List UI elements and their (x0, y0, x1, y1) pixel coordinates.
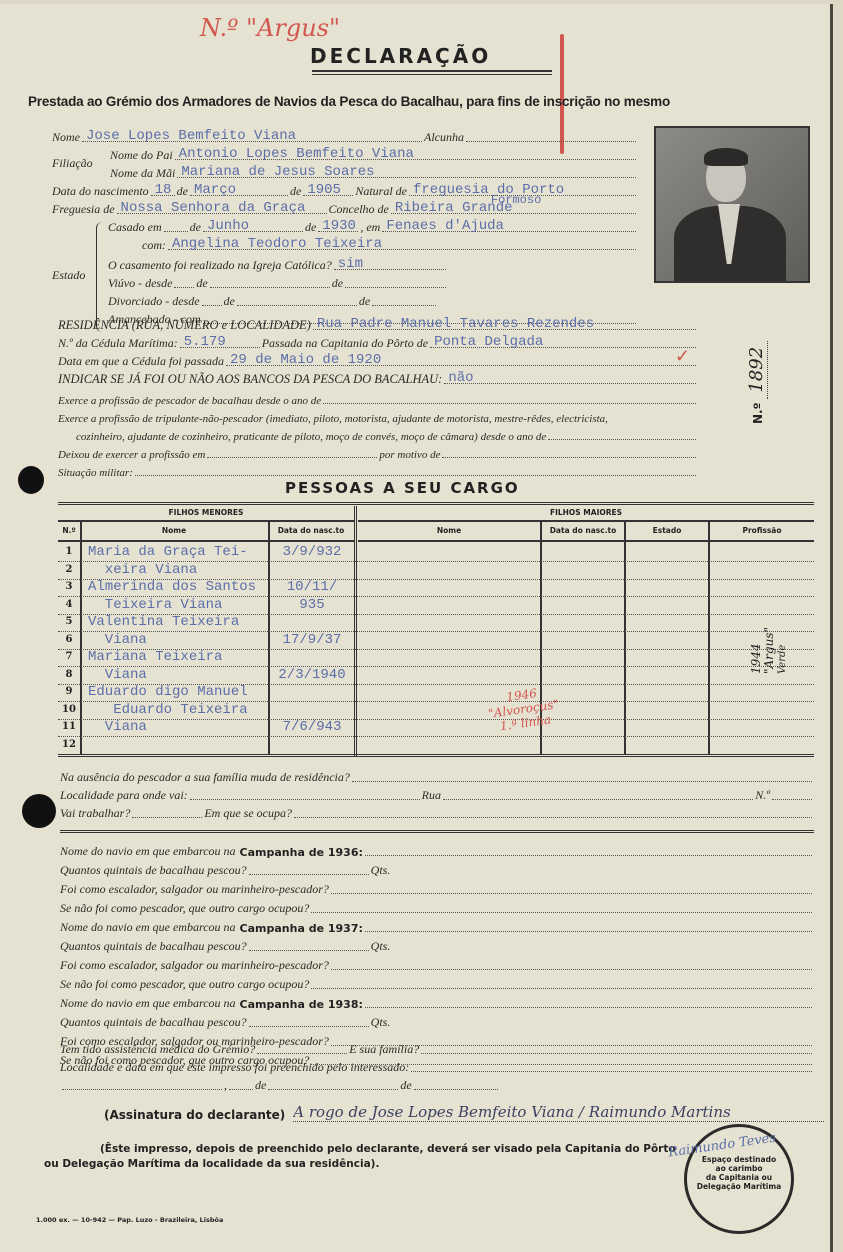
table-row: 3Almerinda dos Santos10/11/ (58, 579, 814, 597)
militar-field[interactable] (135, 474, 696, 476)
mae-value: Mariana de Jesus Soares (181, 164, 374, 180)
conjuge-field[interactable]: Angelina Teodoro Teixeira (168, 248, 636, 250)
quintais-field[interactable] (249, 949, 369, 951)
registo-numero: N.º 1892 (746, 341, 767, 424)
photo-hair (704, 148, 748, 166)
menores-rule (58, 520, 354, 522)
numero-label: N.º (755, 788, 770, 803)
pai-value: Antonio Lopes Bemfeito Viana (179, 146, 414, 162)
de-label: de (224, 294, 235, 309)
menores-title: FILHOS MENORES (58, 508, 354, 517)
trabalhar-field[interactable] (132, 816, 202, 818)
nome-label: Nome (52, 130, 80, 145)
em-label: , em (360, 220, 380, 235)
natural-value: freguesia do Porto (413, 182, 564, 198)
ocupa-label: Em que se ocupa? (204, 806, 292, 821)
de-label: de (305, 220, 316, 235)
dia-field[interactable] (229, 1088, 253, 1090)
row-number: 7 (58, 651, 80, 662)
punch-hole (18, 466, 44, 494)
cedula-numero-value: 5.179 (184, 334, 226, 350)
personal-section: Nome Jose Lopes Bemfeito Viana Alcunha F… (52, 128, 638, 328)
printer-imprint: 1.000 ex. — 10-942 — Pap. Luzo - Brazile… (36, 1216, 223, 1224)
cedula-numero-label: N.º da Cédula Marítima: (58, 336, 178, 351)
table-top-rule (58, 502, 814, 505)
child-name[interactable]: Eduardo digo Manuel (88, 684, 248, 700)
row-number: 4 (58, 599, 80, 610)
estado-label: Estado (52, 268, 85, 283)
casado-ano-value: 1930 (322, 218, 356, 234)
residencia-value: Rua Padre Manuel Tavares Rezendes (317, 316, 594, 332)
row-number: 10 (58, 704, 80, 715)
table-bottom-rule (58, 754, 814, 757)
row-number: 1 (58, 546, 80, 557)
ocupa-field[interactable] (294, 816, 812, 818)
de-label: de (332, 276, 343, 291)
deixou-field[interactable] (207, 456, 377, 458)
table-row: 2 xeira Viana (58, 562, 814, 580)
pessoas-table: FILHOS MENORES FILHOS MAIORES N.ºNomeDat… (58, 502, 814, 758)
child-name[interactable]: Mariana Teixeira (88, 649, 222, 665)
maiores-title: FILHOS MAIORES (358, 508, 814, 517)
table-row: 1Maria da Graça Tei-3/9/932 (58, 544, 814, 562)
cedula-data-field[interactable]: 29 de Maio de 1920✓ (226, 364, 696, 366)
divorciado-ano-field[interactable] (372, 304, 436, 306)
maiores-header-rule (358, 540, 814, 542)
cedula-numero-field[interactable]: 5.179 (180, 346, 260, 348)
nascimento-ano-field[interactable]: 1905 (303, 194, 353, 196)
escalador-field[interactable] (331, 968, 812, 970)
trabalhar-label: Vai trabalhar? (60, 806, 130, 821)
child-birthdate[interactable]: 2/3/1940 (272, 667, 352, 683)
handwritten-note: N.º "Argus" (200, 14, 340, 42)
freguesia-field[interactable]: Nossa Senhora da Graça (117, 212, 327, 214)
ausencia-rule (60, 830, 814, 833)
maiores-header-nome: Nome (358, 526, 540, 535)
natural-cont-value: Formoso (491, 193, 541, 207)
child-name[interactable]: Viana (88, 632, 147, 648)
viuvo-ano-field[interactable] (345, 286, 446, 288)
child-name[interactable]: Viana (88, 719, 147, 735)
motivo-label: por motivo de (379, 449, 440, 461)
table-row: 10 Eduardo Teixeira (58, 702, 814, 720)
registo-value: 1892 (746, 341, 768, 399)
assistencia-label: Tem tido assistência médica do Grémio? (60, 1042, 255, 1057)
igreja-value: sim (338, 256, 363, 272)
localidade-label: Localidade para onde vai: (60, 788, 188, 803)
capitania-value: Ponta Delgada (434, 334, 543, 350)
cargo-label: Se não foi como pescador, que outro carg… (60, 977, 309, 992)
nascimento-mes-value: Março (194, 182, 236, 198)
campanha-label: Campanha de 1936: (240, 846, 363, 859)
mes-field[interactable] (268, 1088, 398, 1090)
nascimento-ano-value: 1905 (307, 182, 341, 198)
nascimento-label: Data do nascimento (52, 184, 149, 199)
localidade-field[interactable] (190, 798, 420, 800)
navio-field[interactable] (365, 1006, 812, 1008)
cargo-field[interactable] (311, 987, 812, 989)
pai-field[interactable]: Antonio Lopes Bemfeito Viana (175, 158, 636, 160)
navio-label: Nome do navio em que embarcou na (60, 996, 236, 1011)
rua-label: Rua (422, 788, 441, 803)
child-name[interactable]: Almerinda dos Santos (88, 579, 256, 595)
pescador-field[interactable] (323, 402, 696, 404)
navio-label: Nome do navio em que embarcou na (60, 844, 236, 859)
residencia-field[interactable]: Rua Padre Manuel Tavares Rezendes (313, 328, 696, 330)
menores-header-rule (58, 540, 354, 542)
casado-label: Casado em (108, 220, 162, 235)
freguesia-value: Nossa Senhora da Graça (121, 200, 306, 216)
escalador-field[interactable] (331, 892, 812, 894)
numero-field[interactable] (772, 798, 812, 800)
assinatura-label: (Assinatura do declarante) (104, 1108, 285, 1122)
local-field[interactable] (62, 1088, 222, 1090)
quintais-field[interactable] (249, 873, 369, 875)
table-row: 5Valentina Teixeira (58, 614, 814, 632)
viuvo-dia-field[interactable] (174, 286, 194, 288)
cargo-field[interactable] (311, 911, 812, 913)
stamp-line: Espaço destinado (687, 1155, 791, 1164)
mae-label: Nome da Mãi (110, 166, 175, 181)
assistencia-field[interactable] (257, 1052, 347, 1054)
de-label: de (255, 1078, 266, 1093)
tripulante-field[interactable] (548, 438, 696, 440)
igreja-field[interactable]: sim (334, 268, 446, 270)
divorciado-label: Divorciado - desde (108, 294, 200, 309)
assinatura-field[interactable]: A rogo de Jose Lopes Bemfeito Viana / Ra… (293, 1103, 824, 1122)
capitania-field[interactable]: Ponta Delgada (430, 346, 696, 348)
child-birthdate[interactable]: 17/9/37 (272, 632, 352, 648)
muda-field[interactable] (352, 780, 812, 782)
qts-label: Qts. (371, 1015, 391, 1030)
nome-value: Jose Lopes Bemfeito Viana (86, 128, 296, 144)
child-name[interactable]: Maria da Graça Tei- (88, 544, 248, 560)
child-birthdate[interactable]: 7/6/943 (272, 719, 352, 735)
casado-local-value: Fenaes d'Ajuda (386, 218, 504, 234)
cedula-data-value: 29 de Maio de 1920 (230, 352, 381, 368)
table-row: 11 Viana7/6/943 (58, 719, 814, 737)
child-birthdate[interactable]: 935 (272, 597, 352, 613)
table-row: 12 (58, 737, 814, 755)
de-label: de (359, 294, 370, 309)
familia-label: E sua família? (349, 1042, 419, 1057)
stamp-line: da Capitania ou (687, 1173, 791, 1182)
maiores-header-data: Data do nasc.to (542, 526, 624, 535)
annotation-ship: "Argus" (763, 627, 776, 674)
igreja-label: O casamento foi realizado na Igreja Cató… (108, 258, 332, 273)
de-label: de (290, 184, 301, 199)
de-label: de (177, 184, 188, 199)
capitania-label: Passada na Capitania do Pôrto de (262, 336, 428, 351)
pessoas-title: PESSOAS A SEU CARGO (285, 479, 520, 497)
maiores-rule (358, 520, 814, 522)
red-check-icon: ✓ (675, 346, 690, 367)
de-label: de (196, 276, 207, 291)
casado-mes-value: Junho (207, 218, 249, 234)
quintais-label: Quantos quintais de bacalhau pescou? (60, 939, 247, 954)
de-label: de (400, 1078, 411, 1093)
ano-field[interactable] (414, 1088, 498, 1090)
mae-field[interactable]: Mariana de Jesus Soares (177, 176, 636, 178)
cedula-data-label: Data em que a Cédula foi passada (58, 354, 224, 369)
black-annotation: 1944 "Argus" Verde (750, 627, 789, 674)
alcunha-label: Alcunha (424, 130, 464, 145)
qts-label: Qts. (371, 939, 391, 954)
natural-label: Natural de (355, 184, 407, 199)
table-row: 6 Viana17/9/37 (58, 632, 814, 650)
com-label: com: (142, 238, 166, 253)
navio-field[interactable] (365, 930, 812, 932)
table-row: 9Eduardo digo Manuel (58, 684, 814, 702)
navio-field[interactable] (365, 854, 812, 856)
footer-note: (Êste impresso, depois de preenchido pel… (44, 1142, 684, 1172)
nascimento-dia-field[interactable]: 18 (151, 194, 175, 196)
child-name[interactable]: Valentina Teixeira (88, 614, 239, 630)
table-row: 7Mariana Teixeira (58, 649, 814, 667)
deixou-label: Deixou de exercer a profissão em (58, 449, 205, 461)
punch-hole (22, 794, 56, 828)
applicant-photo (654, 126, 810, 283)
child-name[interactable]: xeira Viana (88, 562, 197, 578)
row-number: 2 (58, 564, 80, 575)
bancos-value: não (448, 370, 473, 386)
pescador-label: Exerce a profissão de pescador de bacalh… (58, 395, 321, 407)
menores-header-data: Data do nasc.to (268, 526, 354, 535)
table-row: 8 Viana2/3/1940 (58, 667, 814, 685)
nascimento-dia-value: 18 (155, 182, 172, 198)
localidade-data-label: Localidade e data em que êste impresso f… (60, 1060, 409, 1075)
table-header-row: N.ºNomeData do nasc.toNomeData do nasc.t… (58, 524, 814, 538)
quintais-label: Quantos quintais de bacalhau pescou? (60, 863, 247, 878)
child-birthdate[interactable]: 10/11/ (272, 579, 352, 595)
bancos-label: INDICAR SE JÁ FOI OU NÃO AOS BANCOS DA P… (58, 372, 442, 387)
nascimento-mes-field[interactable]: Março (190, 194, 288, 196)
subtitle: Prestada ao Grémio dos Armadores de Navi… (28, 94, 670, 109)
row-number: 8 (58, 669, 80, 680)
concelho-label: Concelho de (329, 202, 389, 217)
campanha-label: Campanha de 1937: (240, 922, 363, 935)
row-number: 11 (58, 721, 80, 732)
declaration-form: N.º "Argus" DECLARAÇÃO Prestada ao Grémi… (0, 4, 833, 1252)
cargo-label: Se não foi como pescador, que outro carg… (60, 901, 309, 916)
navio-label: Nome do navio em que embarcou na (60, 920, 236, 935)
qts-label: Qts. (371, 863, 391, 878)
divorciado-mes-field[interactable] (237, 304, 357, 306)
de-label: de (190, 220, 201, 235)
escalador-label: Foi como escalador, salgador ou marinhei… (60, 882, 329, 897)
row-number: 3 (58, 581, 80, 592)
nome-field[interactable]: Jose Lopes Bemfeito Viana (82, 140, 422, 142)
familia-field[interactable] (421, 1052, 812, 1054)
pai-label: Nome do Pai (110, 148, 173, 163)
muda-label: Na ausência do pescador a sua família mu… (60, 770, 350, 785)
signature-row: (Assinatura do declarante) A rogo de Jos… (104, 1098, 824, 1122)
campanha-label: Campanha de 1938: (240, 998, 363, 1011)
casado-mes-field[interactable]: Junho (203, 230, 303, 232)
viuvo-label: Viúvo - desde (108, 276, 172, 291)
title-underline (312, 70, 552, 75)
tripulante-label-1: Exerce a profissão de tripulante-não-pes… (58, 413, 608, 425)
menores-header-nome: Nome (80, 526, 268, 535)
stamp-line: Delegação Marítima (687, 1182, 791, 1191)
row-number: 5 (58, 616, 80, 627)
quintais-field[interactable] (249, 1025, 369, 1027)
divorciado-dia-field[interactable] (202, 304, 222, 306)
bancos-field[interactable]: não (444, 382, 696, 384)
row-number: 6 (58, 634, 80, 645)
quintais-label: Quantos quintais de bacalhau pescou? (60, 1015, 247, 1030)
page-title: DECLARAÇÃO (310, 44, 491, 68)
casado-ano-field[interactable]: 1930 (318, 230, 358, 232)
tripulante-label-2: cozinheiro, ajudante de cozinheiro, prat… (76, 431, 546, 443)
alcunha-field[interactable] (466, 140, 636, 142)
child-name[interactable]: Teixeira Viana (88, 597, 222, 613)
casado-local-field[interactable]: Fenaes d'Ajuda (382, 230, 636, 232)
table-row: 4 Teixeira Viana935 (58, 597, 814, 615)
concelho-field[interactable]: Ribeira GrandeFormoso (391, 212, 636, 214)
registo-label: N.º (751, 403, 765, 424)
localidade-data-field[interactable] (411, 1070, 812, 1072)
menores-header-n: N.º (58, 526, 80, 535)
stamp-line: ao carimbo (687, 1164, 791, 1173)
residencia-label: RESIDÊNCIA (RUA, NÚMERO e LOCALIDADE) (58, 318, 311, 333)
escalador-label: Foi como escalador, salgador ou marinhei… (60, 958, 329, 973)
motivo-field[interactable] (442, 456, 696, 458)
militar-label: Situação militar: (58, 467, 133, 479)
viuvo-mes-field[interactable] (210, 286, 330, 288)
casado-dia-field[interactable] (164, 230, 188, 232)
child-name[interactable]: Viana (88, 667, 147, 683)
maiores-header-profissao: Profissão (710, 526, 814, 535)
row-number: 12 (58, 739, 80, 750)
child-name[interactable]: Eduardo Teixeira (88, 702, 248, 718)
freguesia-label: Freguesia de (52, 202, 115, 217)
rua-field[interactable] (443, 798, 753, 800)
conjuge-value: Angelina Teodoro Teixeira (172, 236, 382, 252)
annotation-color: Verde (776, 627, 789, 674)
maiores-header-estado: Estado (626, 526, 708, 535)
child-birthdate[interactable]: 3/9/932 (272, 544, 352, 560)
row-number: 9 (58, 686, 80, 697)
